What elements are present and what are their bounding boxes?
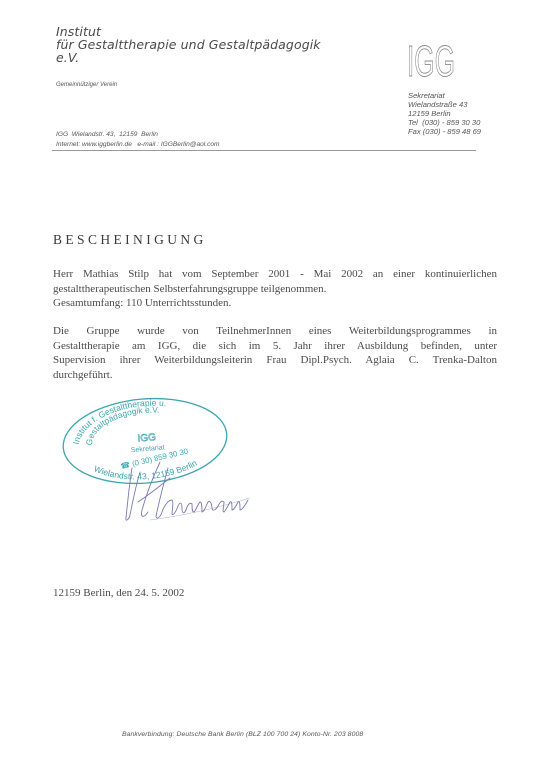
org-name-line-3: e.V. [56, 51, 321, 64]
paragraph-2-line-2: Gestalttherapie am IGG, die sich im 5. J… [53, 339, 497, 354]
internet-line: Internet: www.iggberlin.de e-mail : IGGB… [56, 140, 220, 150]
paragraph-1-line-2: gestalttherapeutischen Selbsterfahrungsg… [53, 282, 497, 297]
paragraph-2-line-1: Die Gruppe wurde von TeilnehmerInnen ein… [53, 324, 497, 339]
contact-fax: Fax (030) - 859 48 69 [408, 127, 481, 136]
paragraph-1-line-1: Herr Mathias Stilp hat vom September 200… [53, 267, 497, 282]
contact-city: 12159 Berlin [408, 109, 481, 118]
contact-block: Sekretariat Wielandstraße 43 12159 Berli… [408, 91, 481, 136]
stamp-logo-icon: IGG [137, 432, 156, 445]
contact-street: Wielandstraße 43 [408, 100, 481, 109]
address-line: IGG Wielandstr. 43, 12159 Berlin [56, 130, 220, 140]
contact-phone: Tel (030) - 859 30 30 [408, 118, 481, 127]
sender-address: IGG Wielandstr. 43, 12159 Berlin Interne… [56, 130, 220, 150]
igg-logo-icon: IGG [406, 38, 456, 80]
letter-page: Institut für Gestalttherapie und Gestalt… [0, 0, 543, 768]
contact-sekretariat: Sekretariat [408, 91, 481, 100]
organization-subtitle: Gemeinnütziger Verein [56, 82, 117, 88]
paragraph-1: Herr Mathias Stilp hat vom September 200… [53, 267, 497, 311]
date-line: 12159 Berlin, den 24. 5. 2002 [53, 587, 184, 599]
handwritten-signature [120, 460, 265, 530]
organization-name: Institut für Gestalttherapie und Gestalt… [56, 25, 321, 64]
logo-text: IGG [407, 38, 455, 80]
paragraph-2-line-4: durchgeführt. [53, 368, 497, 383]
paragraph-2: Die Gruppe wurde von TeilnehmerInnen ein… [53, 324, 497, 382]
header-separator [52, 150, 476, 151]
bank-details: Bankverbindung: Deutsche Bank Berlin (BL… [122, 731, 363, 738]
org-name-line-2: für Gestalttherapie und Gestaltpädagogik [56, 38, 321, 51]
paragraph-2-line-3: Supervision ihrer Weiterbildungsleiterin… [53, 353, 497, 368]
document-title: BESCHEINIGUNG [53, 232, 207, 248]
paragraph-1-line-3: Gesamtumfang: 110 Unterrichtsstunden. [53, 296, 497, 311]
